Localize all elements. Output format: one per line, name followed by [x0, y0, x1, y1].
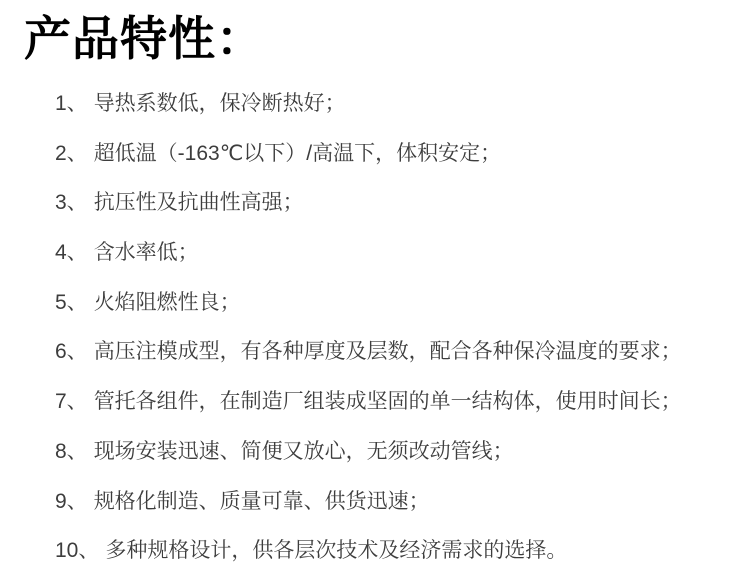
feature-number: 7、: [55, 389, 88, 415]
feature-text: 现场安装迅速、简便又放心，无须改动管线；: [94, 439, 514, 465]
feature-text: 抗压性及抗曲性高强；: [94, 190, 304, 216]
feature-text: 导热系数低，保冷断热好；: [94, 91, 346, 117]
feature-number: 2、: [55, 141, 88, 167]
feature-text: 含水率低；: [94, 240, 199, 266]
feature-item-7: 7、 管托各组件，在制造厂组装成坚固的单一结构体，使用时间长；: [55, 389, 740, 439]
feature-item-2: 2、 超低温（-163℃以下）/高温下，体积安定；: [55, 141, 740, 191]
feature-text: 多种规格设计，供各层次技术及经济需求的选择。: [105, 538, 567, 564]
feature-item-5: 5、 火焰阻燃性良；: [55, 290, 740, 340]
feature-item-1: 1、 导热系数低，保冷断热好；: [55, 91, 740, 141]
feature-text: 管托各组件，在制造厂组装成坚固的单一结构体，使用时间长；: [94, 389, 682, 415]
product-features-section: 产品特性： 1、 导热系数低，保冷断热好； 2、 超低温（-163℃以下）/高温…: [0, 0, 750, 584]
feature-item-10: 10、 多种规格设计，供各层次技术及经济需求的选择。: [55, 538, 740, 584]
feature-item-8: 8、 现场安装迅速、简便又放心，无须改动管线；: [55, 439, 740, 489]
feature-list: 1、 导热系数低，保冷断热好； 2、 超低温（-163℃以下）/高温下，体积安定…: [55, 91, 740, 584]
feature-number: 4、: [55, 240, 88, 266]
feature-number: 10、: [55, 538, 99, 564]
feature-number: 8、: [55, 439, 88, 465]
feature-text: 高压注模成型，有各种厚度及层数，配合各种保冷温度的要求；: [94, 339, 682, 365]
feature-number: 3、: [55, 190, 88, 216]
feature-item-9: 9、 规格化制造、质量可靠、供货迅速；: [55, 489, 740, 539]
feature-item-4: 4、 含水率低；: [55, 240, 740, 290]
feature-text: 超低温（-163℃以下）/高温下，体积安定；: [94, 141, 501, 167]
feature-number: 1、: [55, 91, 88, 117]
feature-item-6: 6、 高压注模成型，有各种厚度及层数，配合各种保冷温度的要求；: [55, 339, 740, 389]
feature-number: 6、: [55, 339, 88, 365]
section-title: 产品特性：: [24, 10, 264, 68]
feature-number: 9、: [55, 489, 88, 515]
feature-text: 火焰阻燃性良；: [94, 290, 241, 316]
feature-item-3: 3、 抗压性及抗曲性高强；: [55, 190, 740, 240]
feature-number: 5、: [55, 290, 88, 316]
feature-text: 规格化制造、质量可靠、供货迅速；: [94, 489, 430, 515]
